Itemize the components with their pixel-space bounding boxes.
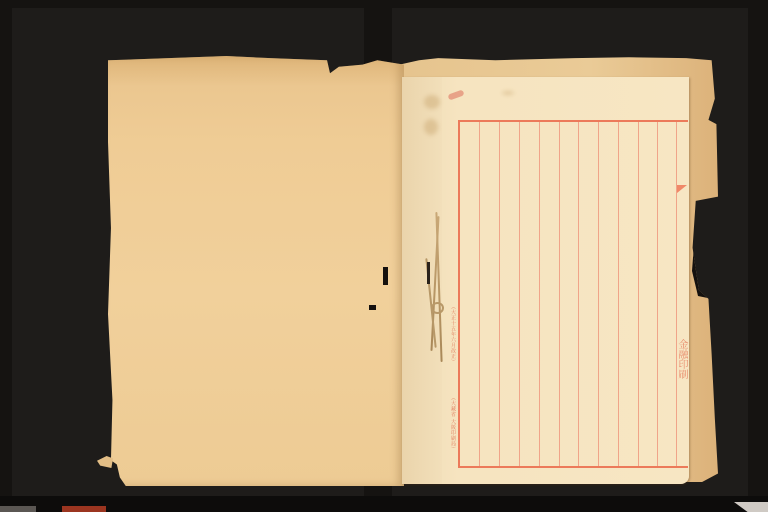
rule-line bbox=[559, 122, 560, 466]
binding-clip bbox=[427, 262, 430, 284]
rule-line bbox=[618, 122, 619, 466]
rule-line bbox=[499, 122, 500, 466]
wormhole bbox=[383, 267, 388, 285]
red-tab bbox=[62, 506, 106, 512]
stain bbox=[424, 119, 438, 135]
margin-text-top: （大正十五年六月改正） bbox=[450, 304, 457, 365]
ruled-frame bbox=[458, 120, 688, 468]
stain bbox=[502, 91, 514, 95]
ruled-page: （大正十五年六月改正） （大藏省 大阪印刷局） 金融印刷 bbox=[402, 77, 689, 484]
rule-line bbox=[657, 122, 658, 466]
string-knot bbox=[431, 302, 444, 314]
rule-line bbox=[479, 122, 480, 466]
left-cover-page bbox=[108, 56, 404, 486]
gray-tab bbox=[0, 506, 36, 512]
stain bbox=[424, 95, 440, 109]
pink-stain bbox=[447, 89, 464, 100]
rule-line bbox=[539, 122, 540, 466]
rule-line bbox=[676, 122, 677, 466]
margin-text-bottom: （大藏省 大阪印刷局） bbox=[450, 395, 457, 452]
wormhole bbox=[369, 305, 376, 310]
side-label: 金融印刷 bbox=[675, 339, 687, 379]
rule-line bbox=[638, 122, 639, 466]
background-bottom-strip bbox=[0, 496, 768, 512]
rule-line bbox=[519, 122, 520, 466]
rule-line bbox=[578, 122, 579, 466]
rule-line bbox=[598, 122, 599, 466]
